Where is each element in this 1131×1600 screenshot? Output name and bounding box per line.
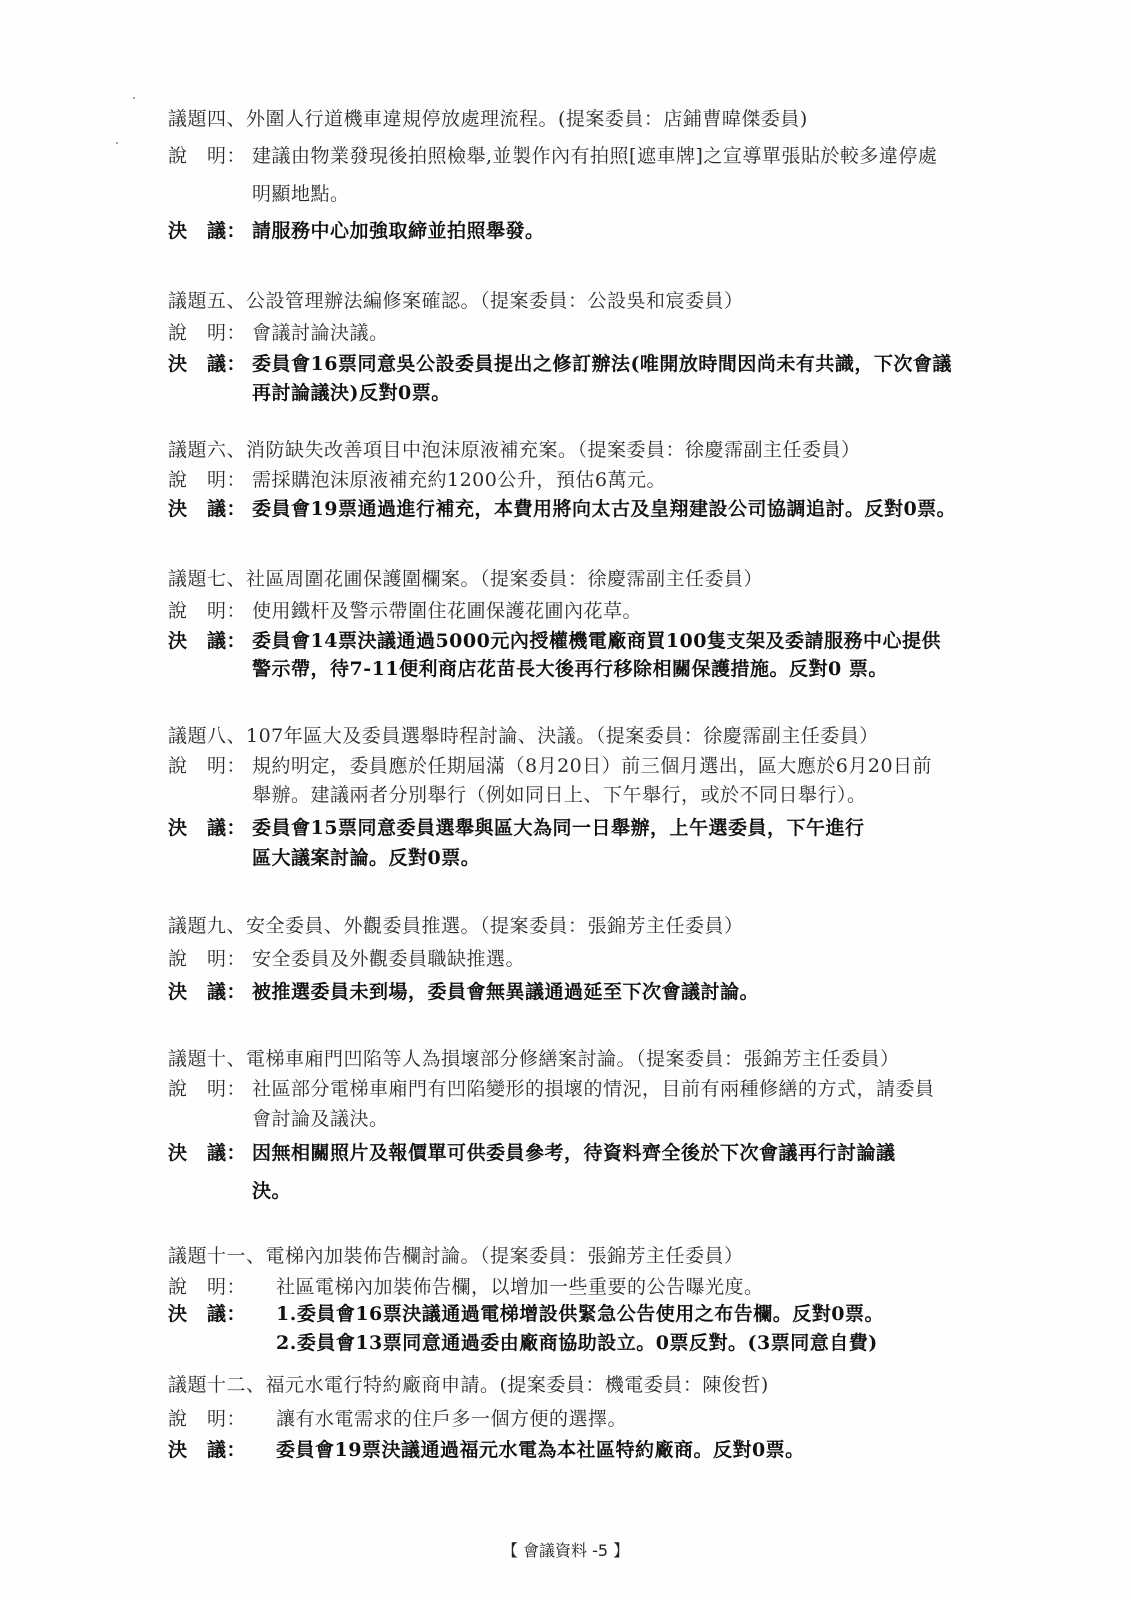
agenda-resolution: 決 議：委員會15票同意委員選舉與區大為同一日舉辦，上午選委員，下午進行: [168, 815, 864, 841]
resolve-label: 決 議：: [168, 1301, 276, 1327]
explain-label: 說 明：: [168, 467, 252, 493]
scan-speck: [116, 142, 118, 144]
agenda-title: 議題五、公設管理辦法編修案確認。（提案委員：公設吳和宸委員）: [168, 288, 744, 314]
scan-speck: [133, 97, 135, 99]
agenda-resolution: 決 議：1.委員會16票決議通過電梯增設供緊急公告使用之布告欄。反對0票。: [168, 1301, 884, 1327]
resolve-label: 決 議：: [168, 1437, 276, 1463]
explain-label: 說 明：: [168, 1076, 252, 1102]
agenda-resolution: 決 議：因無相關照片及報價單可供委員參考，待資料齊全後於下次會議再行討論議: [168, 1140, 896, 1166]
agenda-resolution-cont: 決。: [252, 1178, 291, 1204]
agenda-explanation: 說 明：社區部分電梯車廂門有凹陷變形的損壞的情況，目前有兩種修繕的方式，請委員: [168, 1076, 935, 1102]
agenda-resolution: 決 議：委員會14票決議通過5000元內授權機電廠商買100隻支架及委請服務中心…: [168, 628, 941, 654]
agenda-explanation: 說 明：讓有水電需求的住戶多一個方便的選擇。: [168, 1406, 627, 1432]
agenda-resolution-cont: 警示帶，待7-11便利商店花苗長大後再行移除相關保護措施。反對0 票。: [252, 656, 888, 682]
agenda-explanation: 說 明：安全委員及外觀委員職缺推選。: [168, 946, 525, 972]
agenda-explanation: 說 明：使用鐵杆及警示帶圍住花圃保護花圃內花草。: [168, 598, 642, 624]
agenda-resolution: 決 議：委員會19票通過進行補充，本費用將向太古及皇翔建設公司協調追討。反對0票…: [168, 496, 956, 522]
explain-label: 說 明：: [168, 1406, 276, 1432]
agenda-resolution: 決 議：被推選委員未到場，委員會無異議通過延至下次會議討論。: [168, 979, 759, 1005]
explain-label: 說 明：: [168, 753, 252, 779]
resolve-label: 決 議：: [168, 351, 252, 377]
explain-label: 說 明：: [168, 946, 252, 972]
agenda-resolution: 決 議：委員會16票同意吳公設委員提出之修訂辦法(唯開放時間因尚未有共識，下次會…: [168, 351, 952, 377]
resolve-label: 決 議：: [168, 496, 252, 522]
explain-label: 說 明：: [168, 598, 252, 624]
agenda-explanation: 說 明：建議由物業發現後拍照檢舉,並製作內有拍照[遮車牌]之宣導單張貼於較多違停…: [168, 143, 937, 169]
agenda-title: 議題四、外圍人行道機車違規停放處理流程。(提案委員：店鋪曹暐傑委員): [168, 106, 808, 132]
resolve-label: 決 議：: [168, 815, 252, 841]
agenda-title: 議題九、安全委員、外觀委員推選。（提案委員：張錦芳主任委員）: [168, 913, 744, 939]
resolve-label: 決 議：: [168, 979, 252, 1005]
agenda-explanation: 說 明：需採購泡沫原液補充約1200公升，預估6萬元。: [168, 467, 666, 493]
agenda-title: 議題七、社區周圍花圃保護圍欄案。（提案委員：徐慶霈副主任委員）: [168, 566, 763, 592]
agenda-explanation: 說 明：會議討論決議。: [168, 320, 389, 346]
agenda-resolution-cont: 區大議案討論。反對0票。: [252, 845, 480, 871]
explain-label: 說 明：: [168, 143, 252, 169]
document-page: 議題四、外圍人行道機車違規停放處理流程。(提案委員：店鋪曹暐傑委員) 說 明：建…: [0, 0, 1131, 1600]
agenda-title: 議題十一、電梯內加裝佈告欄討論。（提案委員：張錦芳主任委員）: [168, 1243, 744, 1269]
resolve-label: 決 議：: [168, 218, 252, 244]
resolve-label: 決 議：: [168, 628, 252, 654]
agenda-resolution: 決 議：請服務中心加強取締並拍照舉發。: [168, 218, 545, 244]
agenda-title: 議題十二、福元水電行特約廠商申請。(提案委員：機電委員：陳俊哲): [168, 1372, 769, 1398]
agenda-resolution: 決 議：委員會19票決議通過福元水電為本社區特約廠商。反對0票。: [168, 1437, 805, 1463]
agenda-resolution-cont: 2.委員會13票同意通過委由廠商協助設立。0票反對。(3票同意自費): [276, 1330, 878, 1356]
agenda-explanation: 說 明：規約明定，委員應於任期屆滿（8月20日）前三個月選出，區大應於6月20日…: [168, 753, 932, 779]
agenda-title: 議題六、消防缺失改善項目中泡沫原液補充案。（提案委員：徐慶霈副主任委員）: [168, 437, 861, 463]
resolve-label: 決 議：: [168, 1140, 252, 1166]
agenda-resolution-cont: 再討論議決)反對0票。: [252, 380, 451, 406]
agenda-title: 議題八、107年區大及委員選舉時程討論、決議。（提案委員：徐慶霈副主任委員）: [168, 723, 879, 749]
agenda-explanation-cont: 會討論及議決。: [252, 1106, 389, 1132]
agenda-explanation-cont: 明顯地點。: [252, 181, 350, 207]
agenda-title: 議題十、電梯車廂門凹陷等人為損壞部分修繕案討論。（提案委員：張錦芳主任委員）: [168, 1046, 900, 1072]
agenda-explanation: 說 明：社區電梯內加裝佈告欄，以增加一些重要的公告曝光度。: [168, 1274, 764, 1300]
agenda-explanation-cont: 舉辦。建議兩者分別舉行（例如同日上、下午舉行，或於不同日舉行）。: [252, 782, 867, 808]
explain-label: 說 明：: [168, 320, 252, 346]
page-footer: 【 會議資料 -5 】: [0, 1538, 1131, 1561]
explain-label: 說 明：: [168, 1274, 276, 1300]
